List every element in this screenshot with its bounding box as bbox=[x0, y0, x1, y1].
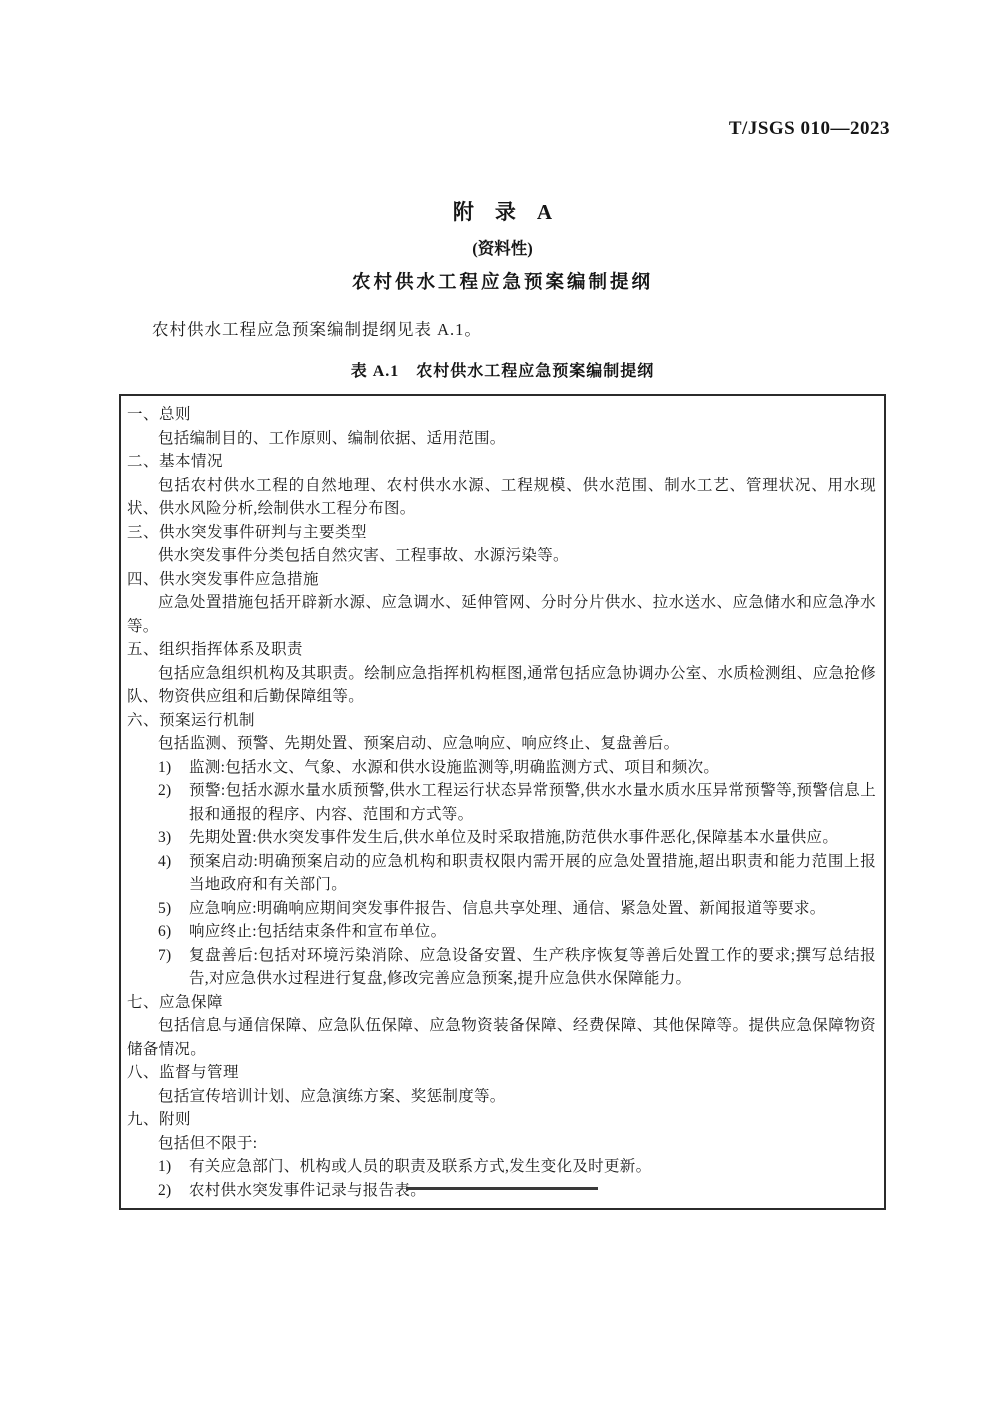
outline-item-text: 监测:包括水文、气象、水源和供水设施监测等,明确监测方式、项目和频次。 bbox=[189, 756, 876, 780]
outline-item-number: 4) bbox=[158, 850, 189, 897]
outline-item: 5)应急响应:明确响应期间突发事件报告、信息共享处理、通信、紧急处置、新闻报道等… bbox=[158, 897, 876, 921]
outline-section-body: 包括监测、预警、先期处置、预案启动、应急响应、响应终止、复盘善后。 bbox=[127, 732, 876, 756]
outline-item: 7)复盘善后:包括对环境污染消除、应急设备安置、生产秩序恢复等善后处置工作的要求… bbox=[158, 944, 876, 991]
outline-item-number: 1) bbox=[158, 756, 189, 780]
outline-item-number: 7) bbox=[158, 944, 189, 991]
outline-item: 1)有关应急部门、机构或人员的职责及联系方式,发生变化及时更新。 bbox=[158, 1155, 876, 1179]
outline-section-body: 包括宣传培训计划、应急演练方案、奖惩制度等。 bbox=[127, 1085, 876, 1109]
outline-item-text: 预警:包括水源水量水质预警,供水工程运行状态异常预警,供水水量水质水压异常预警等… bbox=[189, 779, 876, 826]
outline-section-body: 包括农村供水工程的自然地理、农村供水水源、工程规模、供水范围、制水工艺、管理状况… bbox=[127, 474, 876, 521]
outline-item: 3)先期处置:供水突发事件发生后,供水单位及时采取措施,防范供水事件恶化,保障基… bbox=[158, 826, 876, 850]
outline-item-text: 农村供水突发事件记录与报告表。 bbox=[189, 1179, 876, 1203]
outline-section-body: 包括但不限于: bbox=[127, 1132, 876, 1156]
outline-section-heading: 三、供水突发事件研判与主要类型 bbox=[127, 521, 876, 545]
outline-item: 2)预警:包括水源水量水质预警,供水工程运行状态异常预警,供水水量水质水压异常预… bbox=[158, 779, 876, 826]
outline-item-text: 预案启动:明确预案启动的应急机构和职责权限内需开展的应急处置措施,超出职责和能力… bbox=[189, 850, 876, 897]
intro-paragraph: 农村供水工程应急预案编制提纲见表 A.1。 bbox=[119, 316, 886, 340]
outline-box: 一、总则包括编制目的、工作原则、编制依据、适用范围。二、基本情况包括农村供水工程… bbox=[119, 394, 886, 1210]
outline-section-heading: 九、附则 bbox=[127, 1108, 876, 1132]
table-caption: 表 A.1 农村供水工程应急预案编制提纲 bbox=[119, 358, 886, 381]
outline-item: 2)农村供水突发事件记录与报告表。 bbox=[158, 1179, 876, 1203]
outline-item: 4)预案启动:明确预案启动的应急机构和职责权限内需开展的应急处置措施,超出职责和… bbox=[158, 850, 876, 897]
outline-item: 1)监测:包括水文、气象、水源和供水设施监测等,明确监测方式、项目和频次。 bbox=[158, 756, 876, 780]
appendix-note: (资料性) bbox=[119, 235, 886, 259]
outline-section-body: 应急处置措施包括开辟新水源、应急调水、延伸管网、分时分片供水、拉水送水、应急储水… bbox=[127, 591, 876, 638]
outline-item: 6)响应终止:包括结束条件和宣布单位。 bbox=[158, 920, 876, 944]
outline-section-heading: 四、供水突发事件应急措施 bbox=[127, 568, 876, 592]
outline-section-heading: 八、监督与管理 bbox=[127, 1061, 876, 1085]
outline-section-body: 供水突发事件分类包括自然灾害、工程事故、水源污染等。 bbox=[127, 544, 876, 568]
outline-section-heading: 七、应急保障 bbox=[127, 991, 876, 1015]
doc-number: T/JSGS 010—2023 bbox=[729, 118, 890, 140]
outline-item-number: 5) bbox=[158, 897, 189, 921]
outline-item-number: 2) bbox=[158, 779, 189, 826]
outline-section-heading: 一、总则 bbox=[127, 403, 876, 427]
outline-item-text: 先期处置:供水突发事件发生后,供水单位及时采取措施,防范供水事件恶化,保障基本水… bbox=[189, 826, 876, 850]
document-page: T/JSGS 010—2023 附 录 A (资料性) 农村供水工程应急预案编制… bbox=[0, 0, 992, 1403]
outline-item-number: 2) bbox=[158, 1179, 189, 1203]
outline-section-body: 包括编制目的、工作原则、编制依据、适用范围。 bbox=[127, 427, 876, 451]
outline-item-text: 有关应急部门、机构或人员的职责及联系方式,发生变化及时更新。 bbox=[189, 1155, 876, 1179]
outline-section-heading: 五、组织指挥体系及职责 bbox=[127, 638, 876, 662]
outline-item-number: 3) bbox=[158, 826, 189, 850]
outline-section-heading: 二、基本情况 bbox=[127, 450, 876, 474]
appendix-label: 附 录 A bbox=[119, 196, 886, 226]
outline-item-number: 6) bbox=[158, 920, 189, 944]
appendix-title: 农村供水工程应急预案编制提纲 bbox=[119, 268, 886, 294]
end-of-document-divider bbox=[406, 1187, 598, 1190]
outline-section-heading: 六、预案运行机制 bbox=[127, 709, 876, 733]
outline-section-body: 包括信息与通信保障、应急队伍保障、应急物资装备保障、经费保障、其他保障等。提供应… bbox=[127, 1014, 876, 1061]
outline-item-text: 应急响应:明确响应期间突发事件报告、信息共享处理、通信、紧急处置、新闻报道等要求… bbox=[189, 897, 876, 921]
page-content: 附 录 A (资料性) 农村供水工程应急预案编制提纲 农村供水工程应急预案编制提… bbox=[119, 196, 886, 1210]
outline-item-text: 复盘善后:包括对环境污染消除、应急设备安置、生产秩序恢复等善后处置工作的要求;撰… bbox=[189, 944, 876, 991]
outline-item-number: 1) bbox=[158, 1155, 189, 1179]
outline-section-body: 包括应急组织机构及其职责。绘制应急指挥机构框图,通常包括应急协调办公室、水质检测… bbox=[127, 662, 876, 709]
outline-item-text: 响应终止:包括结束条件和宣布单位。 bbox=[189, 920, 876, 944]
